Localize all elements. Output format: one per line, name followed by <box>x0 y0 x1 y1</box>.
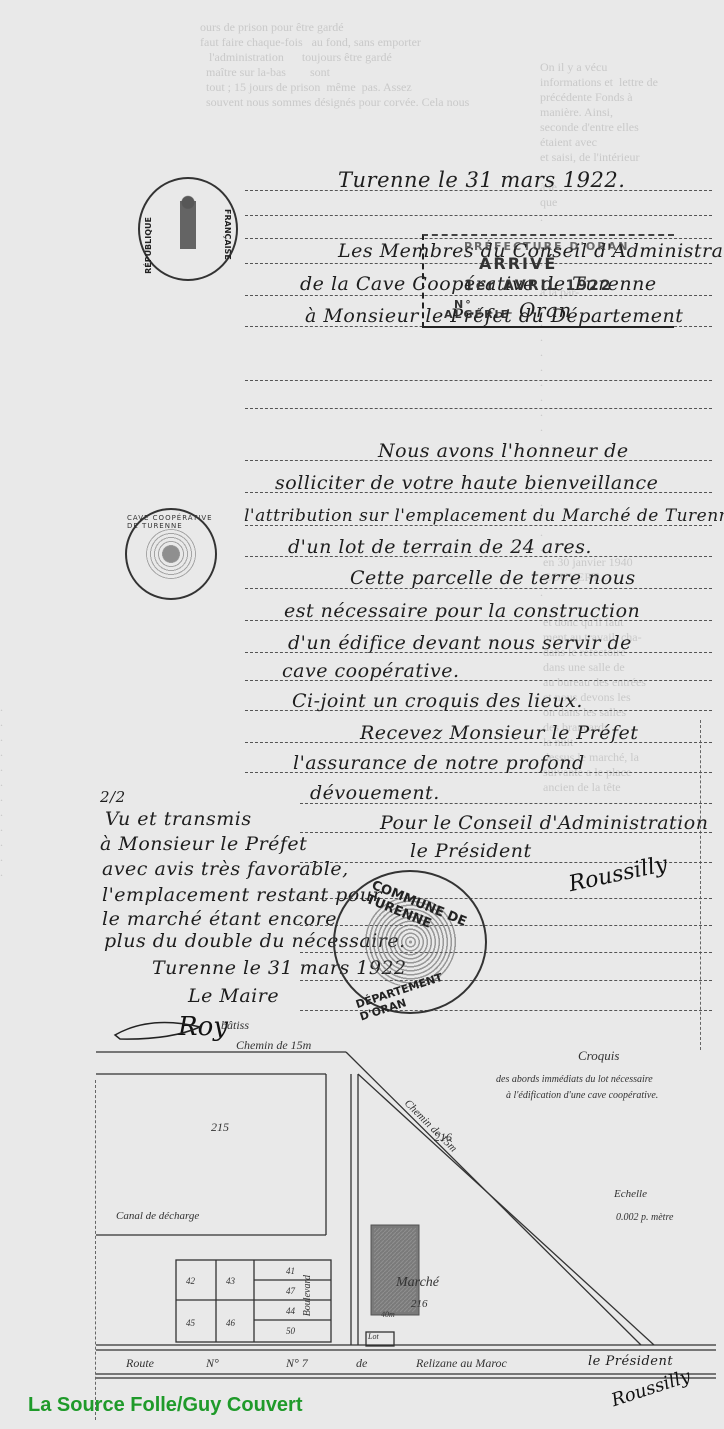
body-line-10: Recevez Monsieur le Préfet <box>360 722 638 744</box>
president-signature: Roussilly <box>566 852 669 897</box>
date-line: Turenne le 31 mars 1922. <box>338 168 625 192</box>
label-chemin-top: Chemin de 15m <box>236 1038 311 1053</box>
mayor-title: Le Maire <box>188 985 279 1007</box>
scale-label: Echelle <box>614 1188 647 1200</box>
route-word-1: Route <box>126 1356 154 1371</box>
sketch-subtitle-1: des abords immédiats du lot nécessaire <box>496 1074 653 1085</box>
body-line-8: cave coopérative. <box>282 660 460 682</box>
route-word-5: Relizane au Maroc <box>416 1356 507 1371</box>
bleed-through-text-top: ours de prison pour être gardé faut fair… <box>200 20 540 140</box>
label-small-box: Lot <box>368 1332 379 1341</box>
received-stamp: PRÉFECTURE D'ORAN ARRIVÉ 1er AVRIL 1922 … <box>422 234 674 328</box>
label-boulevard: Boulevard <box>302 1275 313 1316</box>
sketch-president-label: le Président <box>588 1354 673 1369</box>
body-line-7: d'un édifice devant nous servir de <box>288 632 632 654</box>
mayor-note-line-1: Vu et transmis <box>105 808 252 830</box>
lot-number: 43 <box>226 1276 235 1286</box>
margin-reference: 2/2 <box>100 788 126 806</box>
body-line-2: solliciter de votre haute bienveillance <box>275 472 658 494</box>
label-canal: Canal de décharge <box>116 1210 199 1222</box>
lot-number: 45 <box>186 1318 195 1328</box>
source-watermark: La Source Folle/Guy Couvert <box>28 1394 303 1417</box>
label-top-left: bâtiss <box>221 1018 249 1033</box>
body-line-5: Cette parcelle de terre nous <box>350 567 636 589</box>
route-word-2: N° <box>206 1356 219 1371</box>
marianne-figure-icon <box>172 194 204 264</box>
stamp-handwritten-place: Oran <box>519 298 572 322</box>
sketch-subtitle-2: à l'édification d'une cave coopérative. <box>506 1090 658 1101</box>
mayor-signature-flourish <box>110 1005 230 1045</box>
body-line-3: l'attribution sur l'emplacement du March… <box>244 506 724 526</box>
sketch-title: Croquis <box>578 1048 619 1064</box>
ruled-line <box>245 215 712 216</box>
seal-text-left: RÉPUBLIQUE <box>144 217 153 274</box>
lot-number: 47 <box>286 1286 295 1296</box>
seal-text-right: FRANÇAISE <box>223 209 232 260</box>
republique-francaise-seal: RÉPUBLIQUE FRANÇAISE <box>138 177 238 281</box>
lot-number: 42 <box>186 1276 195 1286</box>
ruled-line <box>245 380 712 381</box>
label-lot-216-marche: 216 <box>411 1298 428 1310</box>
scale-value: 0.002 p. mètre <box>616 1212 673 1223</box>
label-marche: Marché <box>396 1275 439 1291</box>
secondary-seal: CAVE COOPÉRATIVE DE TURENNE <box>125 508 217 600</box>
stamp-place: ALGÉRIE <box>444 308 510 321</box>
site-sketch-map: bâtiss Chemin de 15m 215 216 Chemin de 1… <box>96 1040 716 1380</box>
stamp-status: ARRIVÉ <box>479 254 557 273</box>
bleed-through-text-left: . . . . . . . . . . . . <box>0 700 90 1320</box>
commune-de-turenne-seal: COMMUNE DE TURENNE DÉPARTEMENT D'ORAN <box>333 870 487 1014</box>
mayor-note-line-5: le marché étant encore <box>102 908 337 930</box>
mayor-note-line-2: à Monsieur le Préfet <box>100 833 307 855</box>
body-line-6: est nécessaire pour la construction <box>284 600 640 622</box>
route-word-4: de <box>356 1356 367 1371</box>
body-line-12: dévouement. <box>310 782 440 804</box>
body-line-11: l'assurance de notre profond <box>293 752 585 774</box>
body-line-4: d'un lot de terrain de 24 ares. <box>288 536 592 558</box>
lot-number: 50 <box>286 1326 295 1336</box>
route-word-3: N° 7 <box>286 1356 308 1371</box>
mayor-note-line-4: l'emplacement restant pour <box>102 884 382 906</box>
seal-emblem-icon <box>146 529 196 579</box>
right-border-dashed <box>700 720 701 1050</box>
secondary-seal-text: CAVE COOPÉRATIVE DE TURENNE <box>127 514 215 530</box>
closing-line-2: le Président <box>410 840 532 862</box>
stamp-date: 1er AVRIL 1922 <box>464 278 612 294</box>
label-lot-215: 215 <box>211 1120 229 1135</box>
label-dimension: 40m <box>381 1310 395 1319</box>
stamp-header: PRÉFECTURE D'ORAN <box>464 240 629 253</box>
lot-number: 46 <box>226 1318 235 1328</box>
ruled-line <box>245 408 712 409</box>
lot-number: 41 <box>286 1266 295 1276</box>
lot-number: 44 <box>286 1306 295 1316</box>
body-line-9: Ci-joint un croquis des lieux. <box>292 690 583 712</box>
body-line-1: Nous avons l'honneur de <box>378 440 629 462</box>
mayor-note-line-3: avec avis très favorable, <box>102 858 349 880</box>
closing-line-1: Pour le Conseil d'Administration <box>380 812 708 834</box>
